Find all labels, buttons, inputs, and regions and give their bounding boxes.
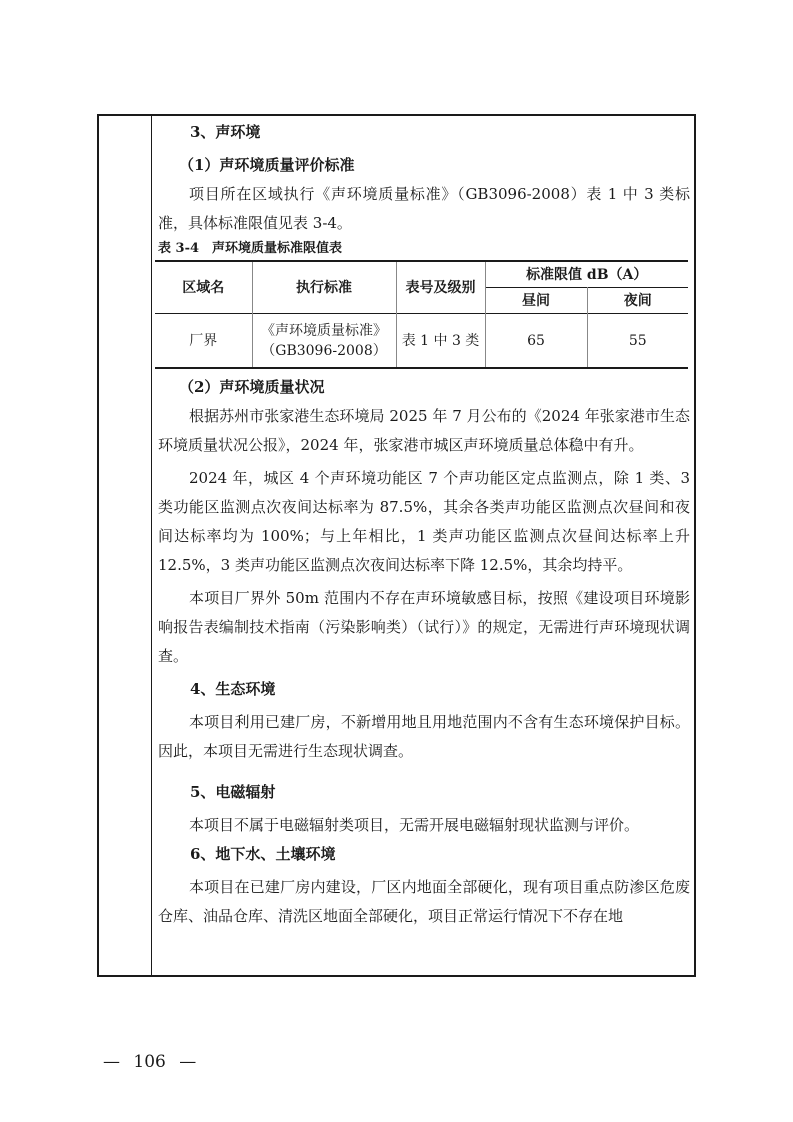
header-night: 夜间 (587, 288, 688, 314)
header-class: 表号及级别 (396, 261, 485, 314)
cell-class: 表 1 中 3 类 (396, 314, 485, 369)
column-divider (151, 116, 152, 975)
subsection-heading-sound-status: （2）声环境质量状况 (158, 373, 690, 402)
paragraph-eco: 本项目利用已建厂房，不新增用地且用地范围内不含有生态环境保护目标。因此，本项目无… (158, 708, 690, 766)
section-heading-groundwater: 6、地下水、土壤环境 (158, 840, 690, 869)
paragraph-sound-standard: 项目所在区域执行《声环境质量标准》（GB3096-2008）表 1 中 3 类标… (158, 180, 690, 238)
header-area: 区域名 (155, 261, 252, 314)
header-limit-group: 标准限值 dB（A） (485, 261, 688, 288)
cell-day: 65 (485, 314, 587, 369)
cell-night: 55 (587, 314, 688, 369)
paragraph-sound-status-1: 根据苏州市张家港生态环境局 2025 年 7 月公布的《2024 年张家港市生态… (158, 402, 690, 460)
cell-area: 厂界 (155, 314, 252, 369)
cell-standard-line2: （GB3096-2008） (253, 341, 396, 361)
page-number: — 106 — (103, 1052, 196, 1072)
section-heading-emr: 5、电磁辐射 (158, 778, 690, 807)
noise-limit-table: 区域名 执行标准 表号及级别 标准限值 dB（A） 昼间 夜间 厂界 《声环境质… (155, 260, 688, 369)
header-standard: 执行标准 (252, 261, 396, 314)
paragraph-sound-status-3: 本项目厂界外 50m 范围内不存在声环境敏感目标，按照《建设项目环境影响报告表编… (158, 584, 690, 671)
cell-standard: 《声环境质量标准》 （GB3096-2008） (252, 314, 396, 369)
paragraph-groundwater: 本项目在已建厂房内建设，厂区内地面全部硬化，现有项目重点防渗区危废仓库、油品仓库… (158, 873, 690, 931)
cell-standard-line1: 《声环境质量标准》 (253, 321, 396, 341)
table-row: 厂界 《声环境质量标准》 （GB3096-2008） 表 1 中 3 类 65 … (155, 314, 688, 369)
paragraph-emr: 本项目不属于电磁辐射类项目，无需开展电磁辐射现状监测与评价。 (158, 811, 690, 840)
section-heading-eco: 4、生态环境 (158, 675, 690, 704)
table-caption: 表 3-4 声环境质量标准限值表 (158, 238, 690, 260)
header-day: 昼间 (485, 288, 587, 314)
section-heading-sound: 3、声环境 (158, 118, 690, 147)
page-content: 3、声环境 （1）声环境质量评价标准 项目所在区域执行《声环境质量标准》（GB3… (158, 118, 690, 931)
paragraph-sound-status-2: 2024 年，城区 4 个声环境功能区 7 个声功能区定点监测点，除 1 类、3… (158, 464, 690, 580)
subsection-heading-sound-standard: （1）声环境质量评价标准 (158, 151, 690, 180)
